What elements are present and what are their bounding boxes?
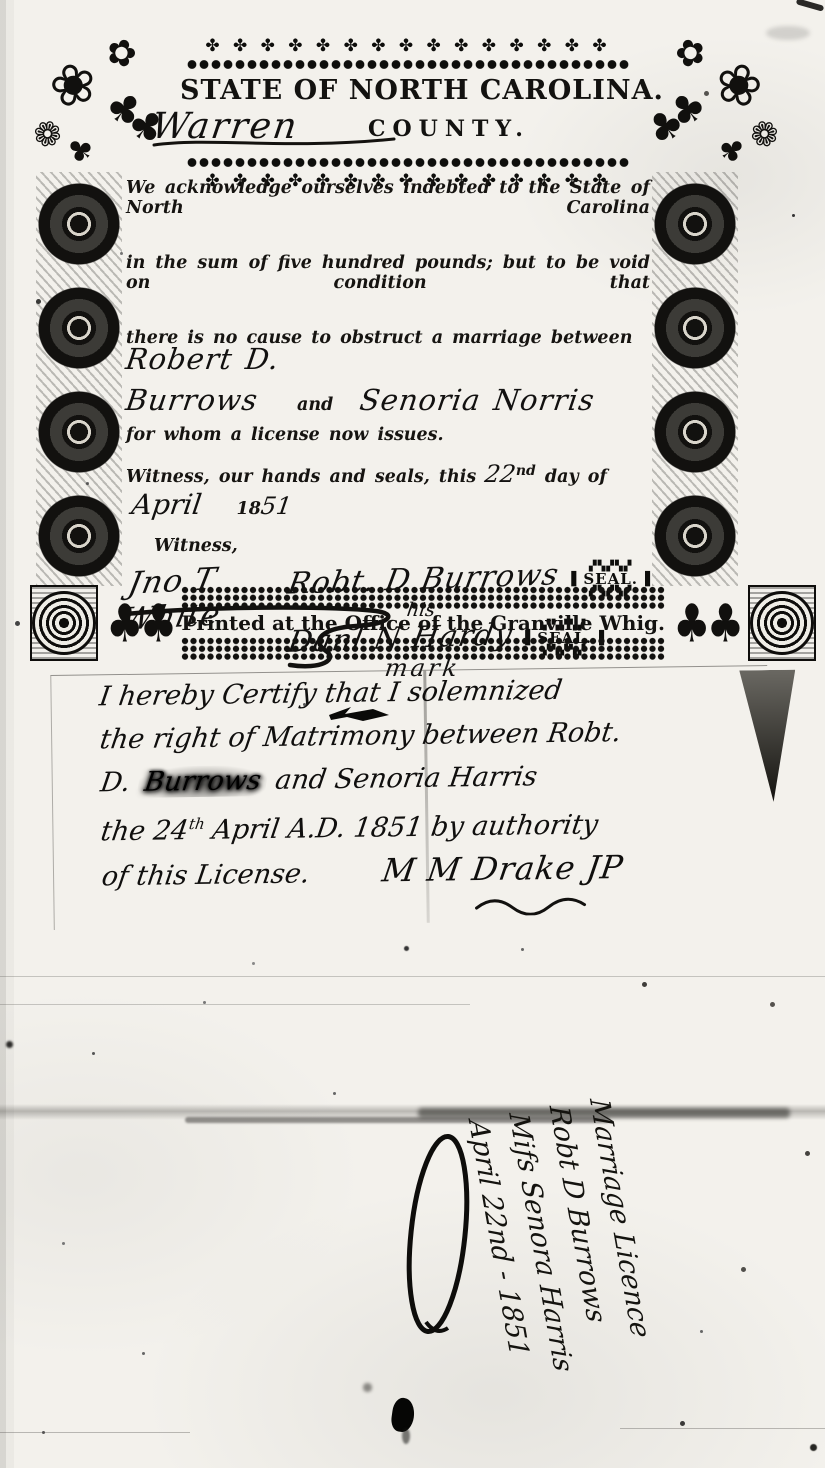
groom-surname-handwritten: Burrows [124, 389, 259, 412]
medallion-frame-icon [748, 585, 816, 661]
garland-border-right-icon [652, 172, 738, 586]
year-printed: 18 [237, 499, 261, 519]
medallion-frame-icon [30, 585, 98, 661]
fern-ornament-icon: ♣♣ [673, 592, 740, 653]
certificate-fragment: of this License. [100, 858, 312, 892]
fern-ornament-icon: ♣♣ [106, 592, 173, 653]
printer-imprint: Printed at the Office of the Granville W… [181, 609, 665, 637]
certificate-line: of this License. M M Drake JP [51, 844, 773, 899]
state-title: STATE OF NORTH CAROLINA. [180, 75, 636, 106]
docket-endorsement: Marriage Licence Robt D Burrows Mifs Sen… [457, 1095, 677, 1452]
rosette-medallion-icon [32, 591, 96, 655]
county-label: COUNTY. [368, 116, 530, 142]
bond-text-line: in the sum of five hundred pounds; but t… [126, 253, 650, 313]
flower-icon: ✿ [671, 32, 711, 76]
smudged-name: Burrows [136, 765, 269, 798]
floral-corner-ornament-icon: ❀ ✿ ❁ ♣♣ ♣ [634, 32, 784, 184]
certificate-fragment: the 24 [99, 815, 191, 847]
imprint-band: ♣♣ Printed at the Office of the Granvill… [30, 584, 786, 662]
groom-name-handwritten: Robert D. [124, 348, 280, 371]
bond-text-line: for whom a license now issues. [126, 425, 650, 445]
witness-label: Witness, [154, 536, 650, 556]
day-ordinal: nd [516, 463, 536, 479]
date-line: Witness, our hands and seals, this 22nd … [126, 460, 650, 521]
fold-line [0, 1004, 470, 1005]
signature-underline-icon [472, 896, 592, 916]
minister-certificate: I hereby Certify that I solemnized the r… [50, 665, 770, 930]
chain-band-icon [181, 637, 665, 660]
ink-stain [796, 0, 825, 12]
chain-band-icon [181, 586, 665, 609]
chain-ornament-icon [186, 156, 630, 169]
scanned-marriage-bond-document: ❀ ✿ ❁ ♣♣ ♣ ❀ ✿ ❁ ♣♣ ♣ ✤ ✤ ✤ ✤ ✤ ✤ ✤ ✤ ✤ … [0, 0, 825, 1468]
bond-text-line: there is no cause to obstruct a marriage… [126, 328, 650, 374]
chain-ornament-icon [186, 58, 630, 71]
fold-line [0, 976, 825, 977]
bond-text-line: We acknowledge ourselves indebted to the… [126, 178, 650, 238]
month-handwritten: April [130, 488, 204, 521]
fold-line [0, 1432, 190, 1433]
bond-text-line: Burrows and Senoria Norris [126, 389, 650, 415]
date-line-prefix: Witness, our hands and seals, this [126, 467, 476, 487]
and-label: and [297, 395, 333, 415]
bride-name-handwritten: Senoria Norris [359, 389, 597, 412]
day-of-label: day of [545, 467, 607, 487]
flower-icon: ❀ [709, 53, 768, 119]
paper-speckles [0, 0, 3, 3]
leaf-icon: ♣ [61, 131, 101, 171]
imprint-block: Printed at the Office of the Granville W… [181, 586, 665, 660]
day-handwritten: 22 [483, 460, 517, 488]
header: ✤ ✤ ✤ ✤ ✤ ✤ ✤ ✤ ✤ ✤ ✤ ✤ ✤ ✤ ✤ STATE OF N… [180, 36, 636, 192]
flower-icon: ✿ [101, 32, 141, 76]
rosette-medallion-icon [750, 591, 814, 655]
garland-border-left-icon [36, 172, 122, 586]
marriage-bond-form: ❀ ✿ ❁ ♣♣ ♣ ❀ ✿ ❁ ♣♣ ♣ ✤ ✤ ✤ ✤ ✤ ✤ ✤ ✤ ✤ … [28, 26, 788, 666]
justice-signature: M M Drake JP [380, 848, 626, 889]
year-handwritten: 51 [259, 492, 293, 520]
certificate-fragment: and Senoria Harris [273, 761, 539, 796]
ink-blob [402, 1428, 410, 1444]
pen-strike-icon [150, 130, 400, 154]
certificate-fragment: D. [99, 767, 133, 798]
flower-icon: ❀ [44, 53, 103, 119]
certificate-fragment: April A.D. 1851 by authority [210, 809, 600, 845]
floret-row-icon: ✤ ✤ ✤ ✤ ✤ ✤ ✤ ✤ ✤ ✤ ✤ ✤ ✤ ✤ ✤ [180, 36, 636, 56]
ordinal-superscript: th [188, 815, 206, 833]
county-line: Warren COUNTY. [180, 108, 636, 154]
ink-blob [390, 1397, 417, 1434]
